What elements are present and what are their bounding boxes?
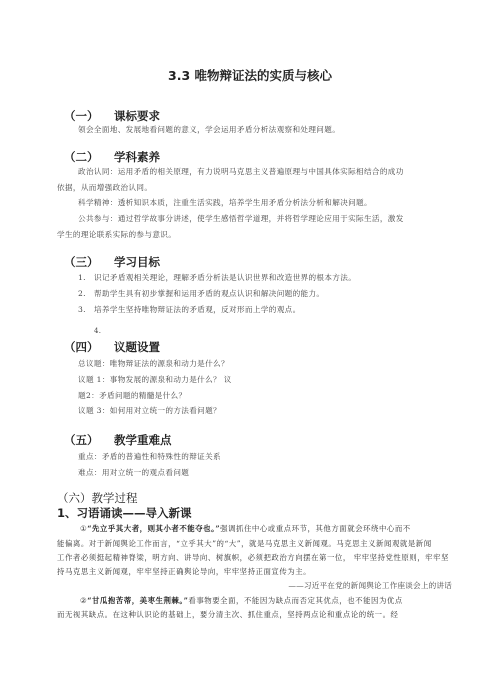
section-number: （五）: [64, 432, 114, 448]
paragraph: 题2：矛盾问题的精髓是什么？: [78, 390, 186, 401]
section-title: 学习目标: [114, 255, 160, 269]
paragraph: 科学精神：透析知识本质，注重生活实践，培养学生用矛盾分析法分析和解决问题。: [78, 197, 372, 208]
subsection-heading: 1、习语诵读——导入新课: [57, 505, 192, 521]
section-number: （四）: [64, 339, 114, 355]
section-title: 学科素养: [114, 150, 160, 164]
document-page: 3.3 唯物辩证法的实质与核心 （一）课标要求 领会全面地、发展地看问题的意义，…: [0, 0, 500, 678]
section-heading-4: （四）议题设置: [64, 339, 160, 355]
classic-quote: “先立乎其大者，则其小者不能夺也。”: [87, 524, 220, 533]
section-heading-6: （六）教学过程: [57, 490, 138, 506]
paragraph: 学生的理论联系实际的参与意识。: [57, 229, 176, 240]
section-title: 议题设置: [114, 340, 160, 354]
paragraph-text: 强调抓住中心或重点环节，其他方面就会环绕中心而不: [220, 524, 411, 533]
section-heading-5: （五）教学重难点: [64, 432, 172, 448]
section-title: 教学重难点: [114, 433, 172, 447]
list-number: 1.: [78, 273, 94, 282]
document-title: 3.3 唯物辩证法的实质与核心: [0, 66, 500, 84]
list-item: 3.培养学生坚持唯物辩证法的矛盾观，反对形而上学的观点。: [78, 304, 301, 315]
paragraph-text: 看事物要全面，不能因为缺点而否定其优点，也不能因为优点: [188, 596, 402, 605]
paragraph: 重点：矛盾的普遍性和特殊性的辩证关系: [78, 451, 221, 462]
paragraph: 依据，从而增强政治认同。: [57, 182, 152, 193]
list-text: 识记矛盾观相关理论，理解矛盾分析法是认识世界和改造世界的根本方法。: [94, 273, 356, 282]
list-item: 1.识记矛盾观相关理论，理解矛盾分析法是认识世界和改造世界的根本方法。: [78, 272, 356, 283]
section-number: （三）: [64, 254, 114, 270]
list-text: 帮助学生具有初步掌握和运用矛盾的观点认识和解决问题的能力。: [94, 289, 324, 298]
paragraph: 政治认同：运用矛盾的相关原理，有力说明马克思主义普遍原理与中国具体实际相结合的成…: [78, 166, 404, 177]
quote-paragraph-line: ①“先立乎其大者，则其小者不能夺也。”强调抓住中心或重点环节，其他方面就会环绕中…: [80, 523, 411, 534]
list-text: 培养学生坚持唯物辩证法的矛盾观，反对形而上学的观点。: [94, 305, 301, 314]
classic-quote: “甘瓜抱苦蒂，美枣生荆棘。”: [87, 596, 188, 605]
section-heading-2: （二）学科素养: [64, 149, 160, 165]
section-number: （一）: [64, 108, 114, 124]
section-heading-1: （一）课标要求: [64, 108, 160, 124]
paragraph-line: 而无视其缺点。在这种认识论的基础上，要分清主次、抓住重点，坚持两点论和重点论的统…: [57, 609, 398, 620]
paragraph-line: 工作者必须挺起精神脊梁，明方向、讲导向、树旗帜，必须把政治方向摆在第一位， 牢牢…: [57, 552, 449, 563]
list-number: 2.: [78, 289, 94, 298]
section-heading-3: （三）学习目标: [64, 254, 160, 270]
stray-list-number: 4.: [94, 327, 101, 335]
section-title: 课标要求: [114, 109, 160, 123]
list-number: 3.: [78, 305, 94, 314]
paragraph-line: 能偏离。对于新闻舆论工作而言，“立乎其大”的“大”，就是马克思主义新闻观。马克思…: [57, 538, 432, 549]
paragraph: 总议题：唯物辩证法的源泉和动力是什么？: [78, 358, 229, 369]
paragraph: 议题 3：如何用对立统一的方法看问题？: [78, 405, 221, 416]
quote-source: ——习近平在党的新闻舆论工作座谈会上的讲话: [200, 580, 452, 591]
paragraph: 难点：用对立统一的观点看问题: [78, 467, 189, 478]
paragraph-line: 持马克思主义新闻观，牢牢坚持正确舆论导向，牢牢坚持正面宣传为主。: [57, 566, 311, 577]
section-number: （二）: [64, 149, 114, 165]
quote-paragraph-line: ②“甘瓜抱苦蒂，美枣生荆棘。”看事物要全面，不能因为缺点而否定其优点，也不能因为…: [80, 595, 403, 606]
list-item: 2.帮助学生具有初步掌握和运用矛盾的观点认识和解决问题的能力。: [78, 288, 324, 299]
paragraph: 领会全面地、发展地看问题的意义，学会运用矛盾分析法观察和处理问题。: [78, 124, 340, 135]
paragraph: 议题 1：事物发展的源泉和动力是什么？ 议: [78, 374, 232, 385]
paragraph: 公共参与：通过哲学故事分讲述，使学生感悟哲学道理，并将哲学理论应用于实际生活，激…: [78, 213, 404, 224]
